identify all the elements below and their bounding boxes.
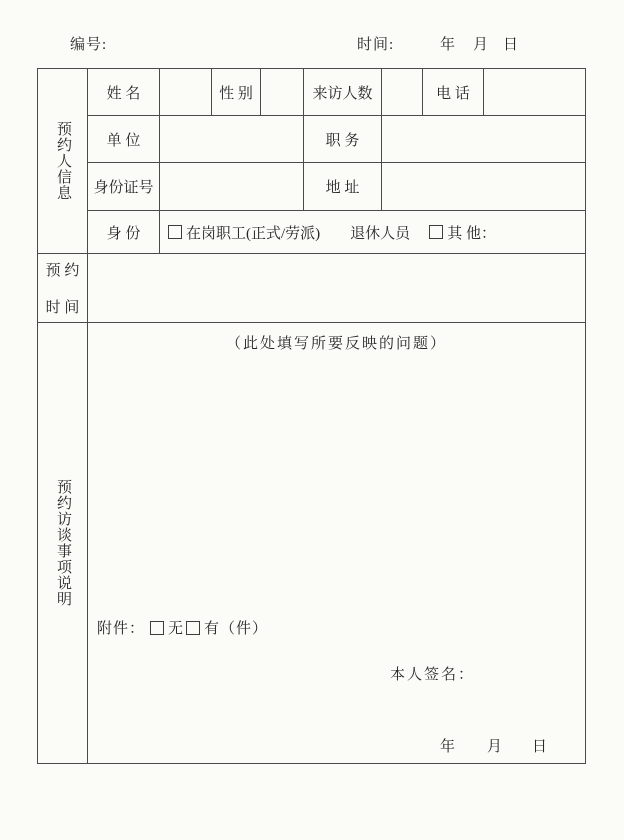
visitor-count-input-cell[interactable]	[382, 69, 422, 115]
matters-content-cell[interactable]: （此处填写所要反映的问题） 附件： 无 有（件） 本人签名： 年 月 日	[88, 323, 585, 763]
checkbox-icon[interactable]	[429, 225, 443, 239]
gender-label: 性 别	[212, 69, 260, 115]
attachment-label: 附件：	[97, 617, 145, 638]
id-number-input-cell[interactable]	[160, 163, 303, 210]
header-day-label: 日	[503, 33, 519, 54]
applicant-info-section-cell: 预约人信息	[38, 69, 87, 253]
time-label: 时间:	[357, 33, 394, 54]
job-title-input-cell[interactable]	[382, 116, 585, 162]
attachment-has-label: 有（件）	[204, 617, 268, 638]
identity-options-cell: 在岗职工(正式/劳派) 退休人员 其 他：	[160, 211, 585, 253]
checkbox-icon[interactable]	[186, 621, 200, 635]
phone-input-cell[interactable]	[484, 69, 585, 115]
appointment-time-label-line2: 时 间	[46, 296, 80, 317]
job-title-label: 职 务	[304, 116, 381, 162]
gender-input-cell[interactable]	[261, 69, 303, 115]
matters-hint-text: （此处填写所要反映的问题）	[88, 332, 585, 353]
identity-option-retired: 退休人员	[350, 222, 410, 243]
header-month-label: 月	[473, 33, 489, 54]
visitor-count-label: 来访人数	[304, 69, 381, 115]
appointment-form-table: 预约人信息 姓 名 性 别 来访人数 电 话 单 位 职 务 身份证号 地 址 …	[37, 68, 586, 764]
footer-month-label: 月	[487, 735, 502, 756]
phone-label: 电 话	[423, 69, 483, 115]
address-label: 地 址	[304, 163, 381, 210]
retired-label: 退休人员	[350, 222, 410, 243]
matters-section-label: 预约访谈事项说明	[55, 479, 70, 607]
other-label: 其 他：	[447, 222, 496, 243]
scanned-form-page: 编号: 时间: 年 月 日 预约人信息 姓 名 性 别 来访人数 电 话 单 位…	[0, 0, 624, 840]
identity-option-active-employee: 在岗职工(正式/劳派)	[168, 222, 320, 243]
identity-label: 身 份	[88, 211, 159, 253]
header-year-label: 年	[440, 33, 456, 54]
checkbox-icon[interactable]	[150, 621, 164, 635]
attachment-row: 附件： 无 有（件）	[97, 617, 268, 638]
footer-day-label: 日	[532, 735, 547, 756]
checkbox-icon[interactable]	[168, 225, 182, 239]
appointment-time-label-cell: 预 约 时 间	[38, 254, 87, 322]
identity-option-other: 其 他：	[429, 222, 496, 243]
appointment-time-input-cell[interactable]	[88, 254, 585, 322]
active-employee-label: 在岗职工(正式/劳派)	[186, 222, 320, 243]
matters-section-cell: 预约访谈事项说明	[38, 323, 87, 763]
applicant-info-section-label: 预约人信息	[55, 121, 70, 201]
footer-year-label: 年	[440, 735, 455, 756]
serial-number-label: 编号:	[70, 33, 107, 54]
attachment-none-label: 无	[168, 617, 184, 638]
work-unit-input-cell[interactable]	[160, 116, 303, 162]
work-unit-label: 单 位	[88, 116, 159, 162]
address-input-cell[interactable]	[382, 163, 585, 210]
signature-label: 本人签名：	[390, 663, 475, 684]
name-input-cell[interactable]	[160, 69, 211, 115]
id-number-label: 身份证号	[88, 163, 159, 210]
appointment-time-label-line1: 预 约	[46, 259, 80, 280]
name-label: 姓 名	[88, 69, 159, 115]
